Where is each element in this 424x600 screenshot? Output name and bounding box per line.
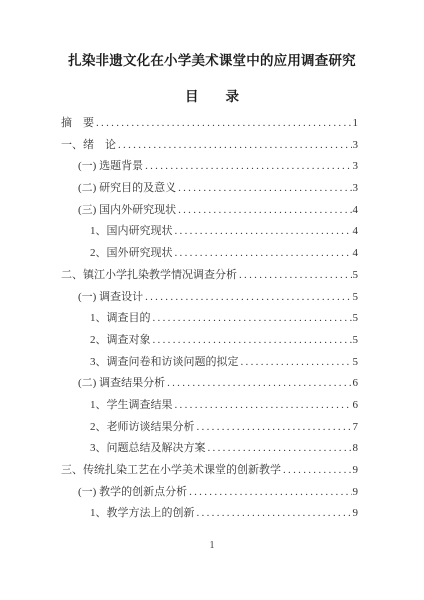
toc-entry-page: 3 [353, 178, 359, 200]
toc-entry-page: 1 [353, 113, 359, 135]
toc-entry-page: 5 [353, 287, 359, 309]
toc-dot-leader [197, 503, 352, 525]
toc-entry: 1、学生调查结果 6 [0, 395, 358, 417]
toc-dot-leader [241, 352, 352, 374]
toc-entry-page: 5 [353, 330, 359, 352]
toc-dot-leader [239, 265, 352, 287]
toc-entry: 3、问题总结及解决方案 8 [0, 438, 358, 460]
toc-entry-page: 9 [353, 482, 359, 504]
toc-entry-label: (一) 选题背景 [78, 156, 143, 178]
toc-entry: 摘 要 1 [0, 113, 358, 135]
document-page: 扎染非遗文化在小学美术课堂中的应用调查研究 目 录 摘 要 1 一、绪 论 3 … [0, 0, 424, 600]
toc-entry: 1、教学方法上的创新 9 [0, 503, 358, 525]
toc-dot-leader [153, 308, 352, 330]
toc-entry: 3、调查问卷和访谈问题的拟定 5 [0, 352, 358, 374]
toc-dot-leader [283, 460, 352, 482]
toc-entry-label: 3、调查问卷和访谈问题的拟定 [90, 352, 239, 374]
toc-entry-page: 3 [353, 135, 359, 157]
toc-entry-page: 8 [353, 438, 359, 460]
toc-entry: (三) 国内外研究现状 4 [0, 200, 358, 222]
toc-entry-label: (三) 国内外研究现状 [78, 200, 176, 222]
toc-entry-label: (一) 教学的创新点分析 [78, 482, 187, 504]
toc-entry-label: (二) 调查结果分析 [78, 373, 165, 395]
toc-entry-page: 5 [353, 308, 359, 330]
toc-entry-page: 6 [353, 373, 359, 395]
toc-entry: 三、传统扎染工艺在小学美术课堂的创新教学 9 [0, 460, 358, 482]
toc-dot-leader [178, 178, 351, 200]
toc-entry-label: 摘 要 [61, 113, 94, 135]
toc-dot-leader [145, 156, 351, 178]
toc-entry: 2、国外研究现状 4 [0, 243, 358, 265]
toc-entry-page: 5 [353, 352, 359, 374]
toc-dot-leader [96, 113, 352, 135]
toc-entry-page: 7 [353, 417, 359, 439]
toc-entry-label: 1、学生调查结果 [90, 395, 173, 417]
toc-entry: 2、调查对象 5 [0, 330, 358, 352]
page-number-footer: 1 [0, 540, 424, 551]
toc-entry-page: 3 [353, 156, 359, 178]
toc-dot-leader [118, 135, 352, 157]
toc-dot-leader [189, 482, 351, 504]
toc-entry-label: (二) 研究目的及意义 [78, 178, 176, 200]
toc-dot-leader [175, 221, 352, 243]
toc-entry: 二、镇江小学扎染教学情况调查分析 5 [0, 265, 358, 287]
toc-entry-label: 一、绪 论 [61, 135, 116, 157]
toc-entry-label: 二、镇江小学扎染教学情况调查分析 [61, 265, 237, 287]
toc-dot-leader [175, 243, 352, 265]
toc-entry-label: 2、调查对象 [90, 330, 151, 352]
toc-entry-page: 6 [353, 395, 359, 417]
toc-dot-leader [197, 417, 352, 439]
toc-list: 摘 要 1 一、绪 论 3 (一) 选题背景 3 (二) 研究目的及意义 3 (… [0, 113, 424, 525]
toc-entry-label: 1、国内研究现状 [90, 221, 173, 243]
toc-entry-page: 9 [353, 503, 359, 525]
toc-entry-label: 1、调查目的 [90, 308, 151, 330]
toc-entry: (二) 调查结果分析 6 [0, 373, 358, 395]
toc-entry: 1、调查目的 5 [0, 308, 358, 330]
toc-entry: 2、老师访谈结果分析 7 [0, 417, 358, 439]
toc-entry-label: 三、传统扎染工艺在小学美术课堂的创新教学 [61, 460, 281, 482]
toc-dot-leader [153, 330, 352, 352]
document-title: 扎染非遗文化在小学美术课堂中的应用调查研究 [0, 52, 424, 69]
toc-dot-leader [178, 200, 351, 222]
toc-entry: 1、国内研究现状 4 [0, 221, 358, 243]
toc-entry-label: 3、问题总结及解决方案 [90, 438, 206, 460]
toc-entry-page: 5 [353, 265, 359, 287]
toc-entry: (一) 教学的创新点分析 9 [0, 482, 358, 504]
toc-entry-page: 4 [353, 243, 359, 265]
toc-entry-label: (一) 调查设计 [78, 287, 143, 309]
toc-entry-label: 1、教学方法上的创新 [90, 503, 195, 525]
toc-entry-page: 4 [353, 200, 359, 222]
toc-heading: 目 录 [0, 88, 424, 105]
toc-entry-label: 2、国外研究现状 [90, 243, 173, 265]
toc-entry-page: 4 [353, 221, 359, 243]
toc-dot-leader [208, 438, 352, 460]
toc-dot-leader [167, 373, 351, 395]
toc-entry-page: 9 [353, 460, 359, 482]
toc-dot-leader [175, 395, 352, 417]
toc-entry-label: 2、老师访谈结果分析 [90, 417, 195, 439]
toc-dot-leader [145, 287, 351, 309]
toc-entry: (一) 选题背景 3 [0, 156, 358, 178]
toc-entry: (二) 研究目的及意义 3 [0, 178, 358, 200]
toc-entry: 一、绪 论 3 [0, 135, 358, 157]
toc-entry: (一) 调查设计 5 [0, 287, 358, 309]
